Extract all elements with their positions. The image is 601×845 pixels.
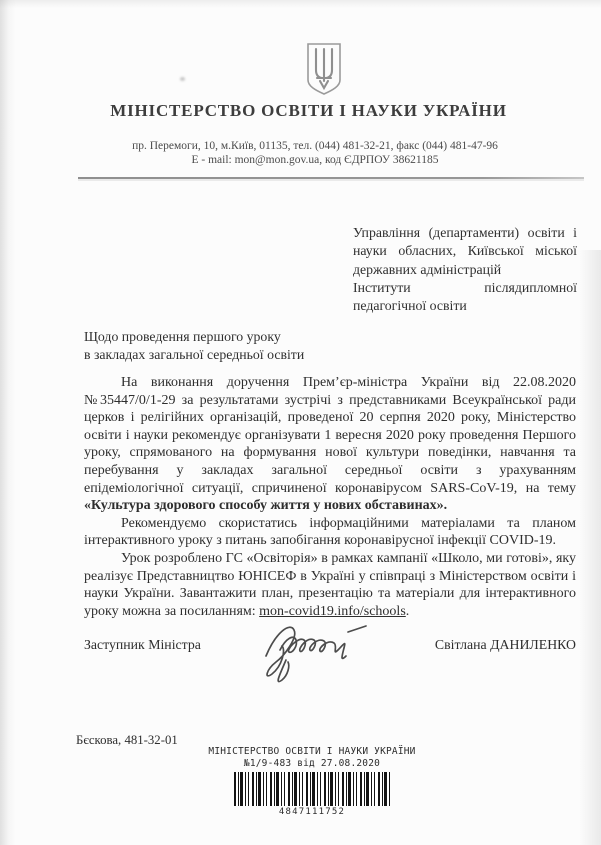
signature-scribble <box>256 616 372 699</box>
scan-edge-left <box>0 0 16 845</box>
executor-contact: Бєскова, 481-32-01 <box>76 733 178 748</box>
trident-emblem-icon <box>304 42 344 96</box>
address-line: пр. Перемоги, 10, м.Київ, 01135, тел. (0… <box>30 139 600 153</box>
scan-speck <box>180 77 185 81</box>
letterhead-divider <box>78 177 584 179</box>
letter-body: На виконання доручення Прем’єр-міністра … <box>84 374 576 620</box>
contact-line: Е - mail: mon@mon.gov.ua, код ЄДРПОУ 386… <box>30 153 600 167</box>
barcode-number: 4847111752 <box>195 807 429 817</box>
subject-line: Щодо проведення першого уроку <box>84 328 304 346</box>
stamp-ministry-line: МІНІСТЕРСТВО ОСВІТИ І НАУКИ УКРАЇНИ <box>195 746 429 758</box>
recipient-block: Управління (департаменти) освіти і науки… <box>353 224 577 315</box>
scanned-letter-page: МІНІСТЕРСТВО ОСВІТИ І НАУКИ УКРАЇНИ пр. … <box>0 0 601 845</box>
recipient-paragraph: Управління (департаменти) освіти і науки… <box>353 224 577 279</box>
registration-stamp: МІНІСТЕРСТВО ОСВІТИ І НАУКИ УКРАЇНИ №1/9… <box>195 746 429 817</box>
body-paragraph: На виконання доручення Прем’єр-міністра … <box>84 374 576 515</box>
subject-line: в закладах загальної середньої освіти <box>84 346 304 364</box>
body-text-bold: «Культура здорового способу життя у нови… <box>84 498 447 513</box>
body-text: . <box>406 604 410 619</box>
signer-role: Заступник Міністра <box>84 637 201 653</box>
ministry-title: МІНІСТЕРСТВО ОСВІТИ І НАУКИ УКРАЇНИ <box>8 101 601 121</box>
body-paragraph: Рекомендуємо скористатись інформаційними… <box>84 515 576 550</box>
barcode <box>234 772 390 806</box>
scan-edge-top <box>0 0 601 8</box>
scan-edge-right <box>579 250 601 845</box>
body-paragraph: Урок розроблено ГС «Освіторія» в рамках … <box>84 550 576 620</box>
recipient-paragraph: Інститути післядипломної педагогічної ос… <box>353 279 577 316</box>
letterhead-contacts: пр. Перемоги, 10, м.Київ, 01135, тел. (0… <box>30 139 600 167</box>
body-text: На виконання доручення Прем’єр-міністра … <box>84 375 576 496</box>
stamp-number-line: №1/9-483 від 27.08.2020 <box>195 758 429 770</box>
subject-block: Щодо проведення першого уроку в закладах… <box>84 328 304 364</box>
signer-name: Світлана ДАНИЛЕНКО <box>276 637 576 653</box>
